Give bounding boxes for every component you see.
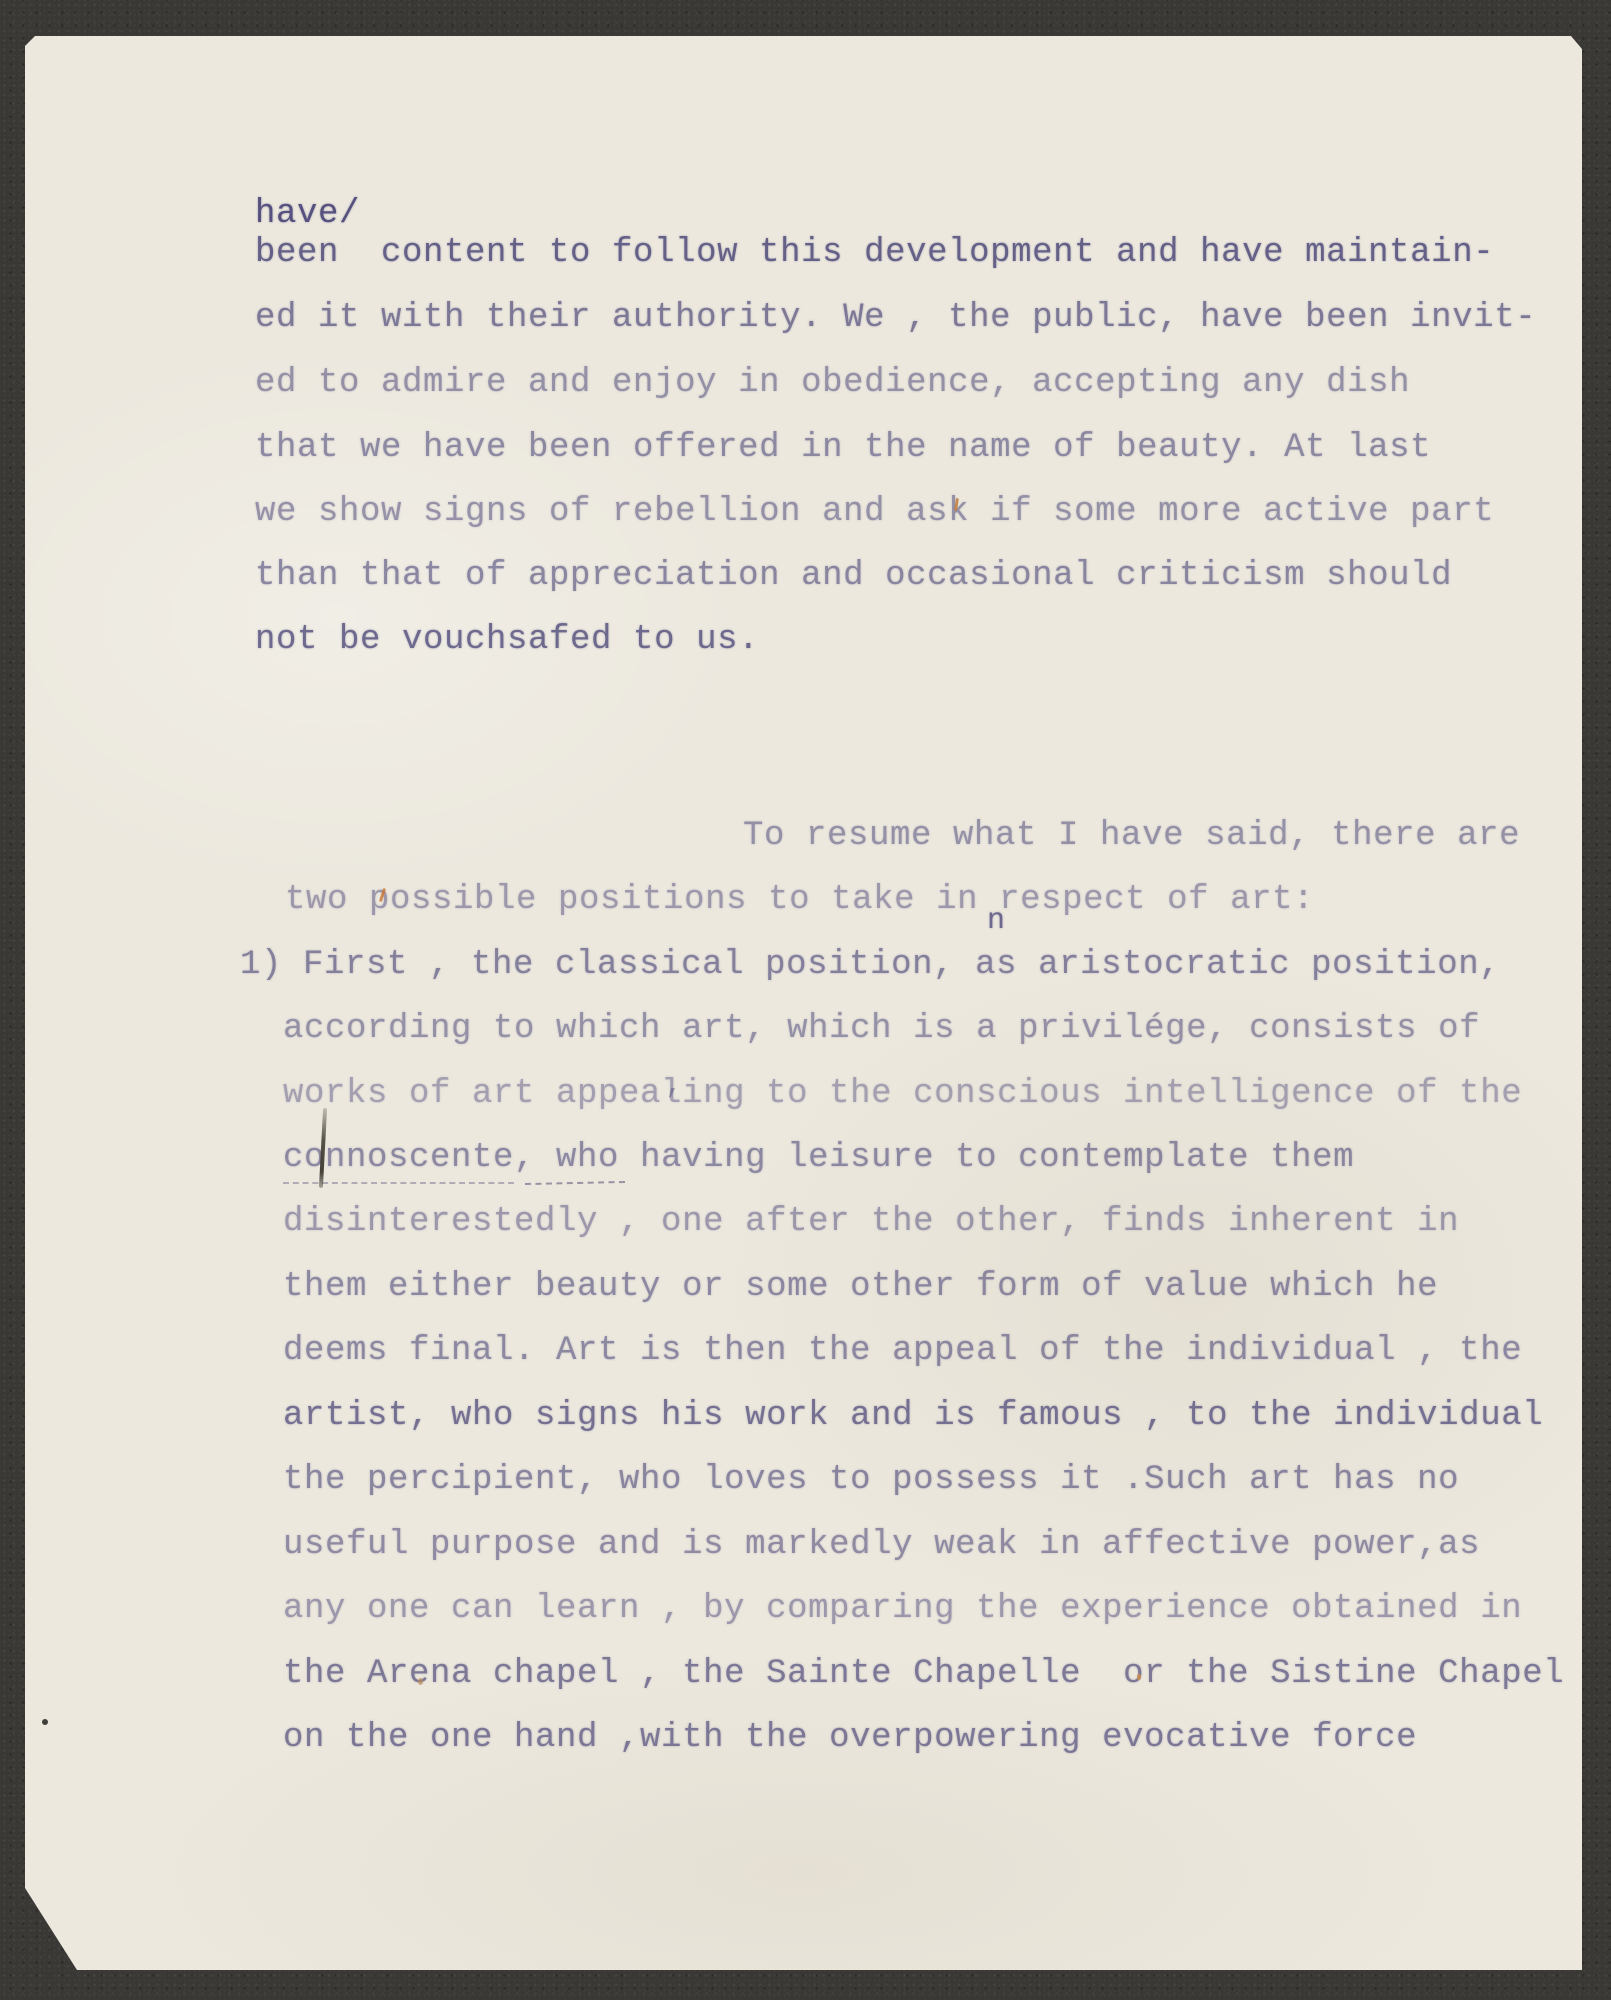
typed-line-numbered-item: 1) First , the classical position, as ar… [240, 945, 1500, 985]
typed-line: To resume what I have said, there are [743, 816, 1520, 856]
ink-dot [42, 1719, 48, 1725]
typed-line: deems final. Art is then the appeal of t… [283, 1331, 1522, 1371]
typed-line: than that of appreciation and occasional… [255, 556, 1452, 596]
scan-background: { "theme": { "background_color": "#3a383… [0, 0, 1611, 2000]
typed-line: that we have been offered in the name of… [255, 428, 1431, 468]
underline-tail [525, 1181, 625, 1185]
line-remainder: , who having leisure to contemplate them [514, 1139, 1354, 1177]
typed-line: works of art appealing to the conscious … [283, 1074, 1522, 1114]
handwritten-n-correction: n [987, 904, 1005, 938]
typed-line: we show signs of rebellion and ask if so… [255, 492, 1494, 532]
typed-line: on the one hand ,with the overpowering e… [283, 1718, 1417, 1758]
paper-sheet: have/ been content to follow this develo… [25, 36, 1582, 1970]
typed-line: have/ [255, 194, 360, 234]
typed-line: the percipient, who loves to possess it … [283, 1460, 1459, 1500]
typed-line: the Arena chapel , the Sainte Chapelle o… [283, 1654, 1564, 1694]
typed-line: them either beauty or some other form of… [283, 1267, 1438, 1307]
typed-line: not be vouchsafed to us. [255, 620, 759, 660]
underlined-word: connoscente [283, 1139, 514, 1184]
typed-line: been content to follow this development … [255, 233, 1494, 273]
typed-line: ed it with their authority. We , the pub… [255, 298, 1536, 338]
rust-fleck [418, 1678, 423, 1685]
typed-line: two possible positions to take in respec… [285, 880, 1314, 920]
typed-line: useful purpose and is markedly weak in a… [283, 1525, 1480, 1565]
stray-ink-mark: , [665, 1068, 683, 1102]
typed-line-underlined-word: connoscente, who having leisure to conte… [283, 1138, 1354, 1178]
typed-line: artist, who signs his work and is famous… [283, 1396, 1543, 1436]
rust-fleck [1137, 1674, 1141, 1680]
typed-line: disinterestedly , one after the other, f… [283, 1202, 1459, 1242]
typed-line: any one can learn , by comparing the exp… [283, 1589, 1522, 1629]
typed-line: ed to admire and enjoy in obedience, acc… [255, 363, 1410, 403]
typed-line: according to which art, which is a privi… [283, 1009, 1480, 1049]
